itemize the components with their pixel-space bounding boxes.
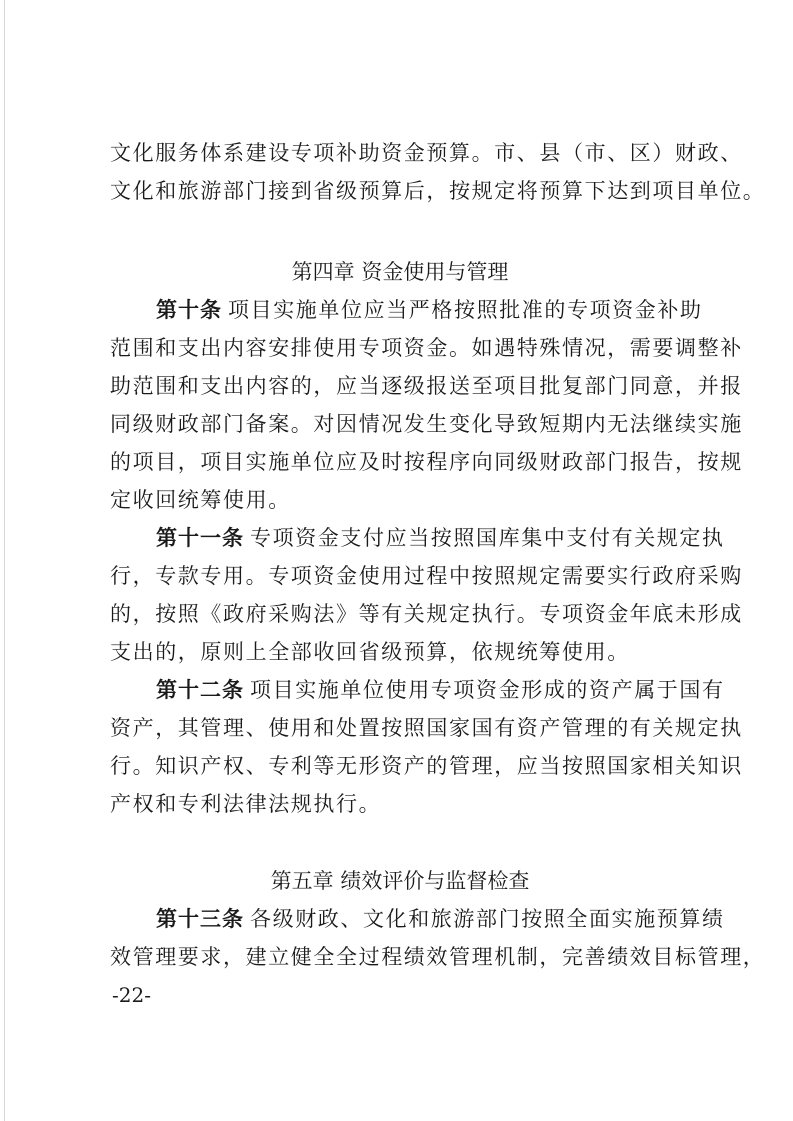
body-text: 各级财政、文化和旅游部门按照全面实施预算绩 — [250, 907, 725, 931]
body-line: 的，按照《政府采购法》等有关规定执行。专项资金年底未形成 — [110, 601, 690, 627]
scan-edge-line — [4, 0, 5, 1121]
chapter-4-title: 第四章 资金使用与管理 — [110, 259, 690, 285]
body-line: 的项目，项目实施单位应及时按程序向同级财政部门报告，按规 — [110, 449, 690, 475]
page-number: -22- — [112, 983, 151, 1007]
article-13-first-line: 第十三条各级财政、文化和旅游部门按照全面实施预算绩 — [156, 906, 690, 932]
body-text: 专项资金支付应当按照国库集中支付有关规定执 — [250, 526, 725, 550]
article-12-label: 第十二条 — [156, 678, 244, 702]
body-line: 定收回统筹使用。 — [110, 487, 690, 513]
body-line: 产权和专利法律法规执行。 — [110, 791, 690, 817]
body-line: 行。知识产权、专利等无形资产的管理，应当按照国家相关知识 — [110, 753, 690, 779]
article-10-label: 第十条 — [156, 298, 222, 322]
article-11-first-line: 第十一条专项资金支付应当按照国库集中支付有关规定执 — [156, 525, 690, 551]
article-11-label: 第十一条 — [156, 526, 244, 550]
article-12-first-line: 第十二条项目实施单位使用专项资金形成的资产属于国有 — [156, 677, 690, 703]
body-line: 助范围和支出内容的，应当逐级报送至项目批复部门同意，并报 — [110, 373, 690, 399]
body-line: 资产，其管理、使用和处置按照国家国有资产管理的有关规定执 — [110, 715, 690, 741]
body-line: 效管理要求，建立健全全过程绩效管理机制，完善绩效目标管理， — [110, 944, 690, 970]
body-text: 项目实施单位应当严格按照批准的专项资金补助 — [228, 298, 703, 322]
body-line: 范围和支出内容安排使用专项资金。如遇特殊情况，需要调整补 — [110, 335, 690, 361]
body-line: 行，专款专用。专项资金使用过程中按照规定需要实行政府采购 — [110, 563, 690, 589]
body-line: 同级财政部门备案。对因情况发生变化导致短期内无法继续实施 — [110, 411, 690, 437]
chapter-5-title: 第五章 绩效评价与监督检查 — [110, 868, 690, 894]
body-line: 文化服务体系建设专项补助资金预算。市、县（市、区）财政、 — [110, 140, 690, 166]
body-text: 项目实施单位使用专项资金形成的资产属于国有 — [250, 678, 725, 702]
article-13-label: 第十三条 — [156, 907, 244, 931]
body-line: 支出的，原则上全部收回省级预算，依规统筹使用。 — [110, 639, 690, 665]
article-10-first-line: 第十条项目实施单位应当严格按照批准的专项资金补助 — [156, 297, 690, 323]
body-line: 文化和旅游部门接到省级预算后，按规定将预算下达到项目单位。 — [110, 178, 690, 204]
